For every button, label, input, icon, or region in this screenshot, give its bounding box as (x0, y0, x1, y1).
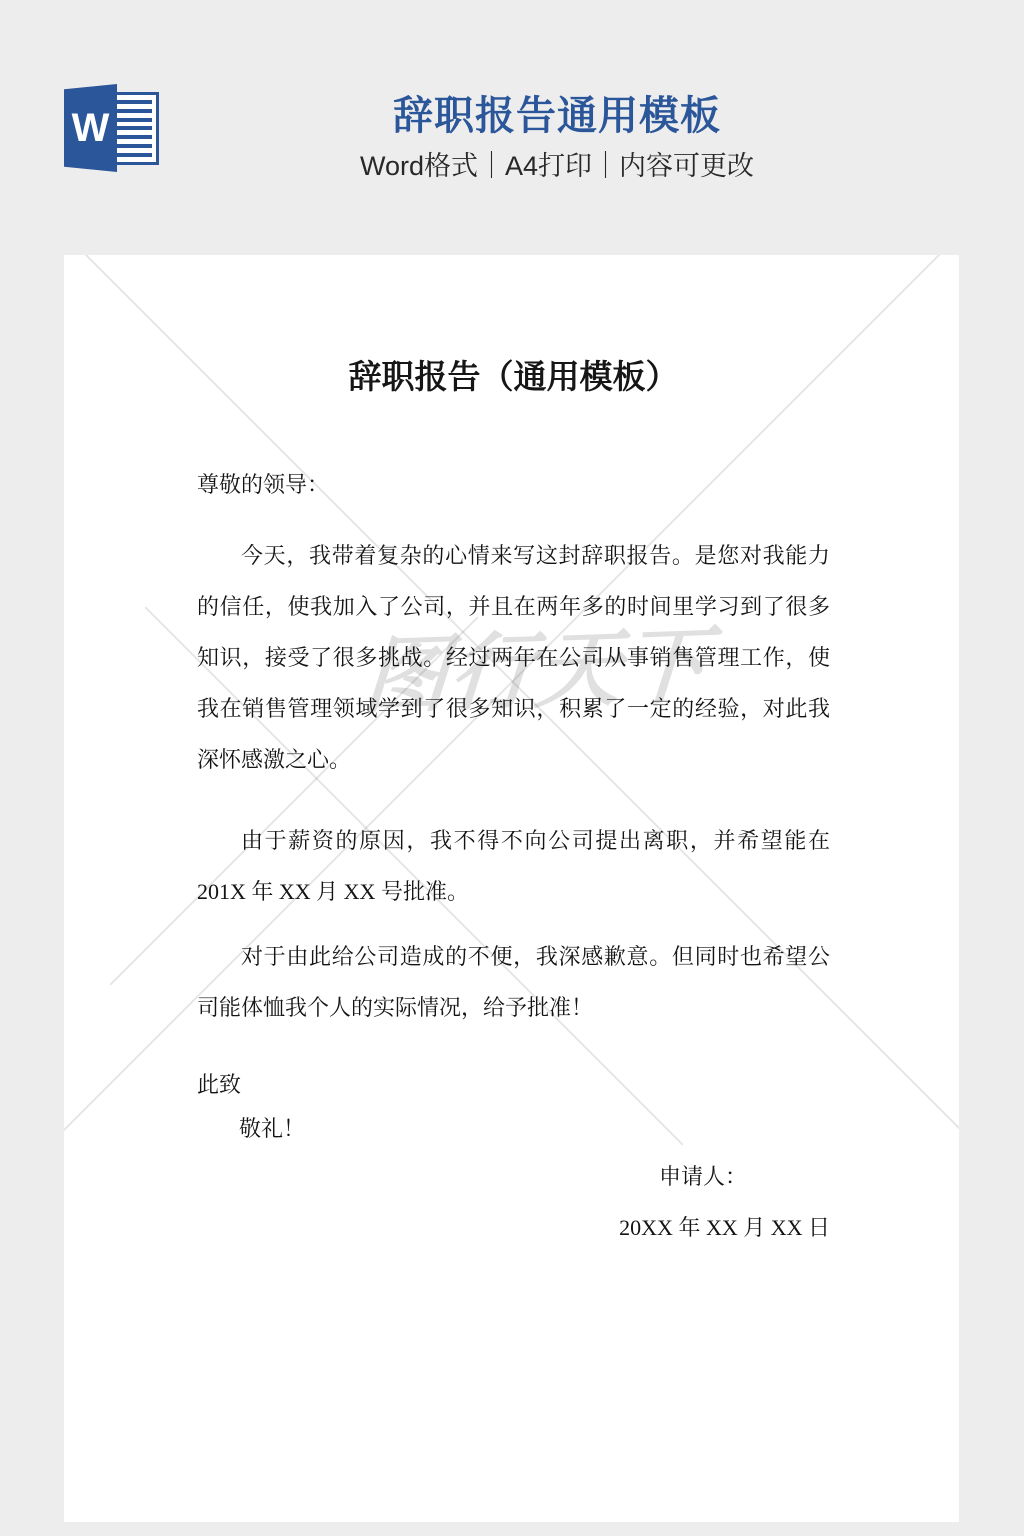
screenshot-stage: W 辞职报告通用模板 Word格式｜A4打印｜内容可更改 图行天下 辞职报告（通… (0, 0, 1024, 1536)
template-title: 辞职报告通用模板 (90, 92, 1024, 140)
letter-content: 辞职报告（通用模板） 尊敬的领导： 今天，我带着复杂的心情来写这封辞职报告。是您… (64, 255, 959, 1253)
letter-closing-cizhi: 此致 (197, 1063, 830, 1107)
letter-salutation: 尊敬的领导： (197, 459, 830, 510)
letter-paragraph: 今天，我带着复杂的心情来写这封辞职报告。是您对我能力的信任，使我加入了公司，并且… (197, 530, 830, 785)
letter-applicant-label: 申请人： (197, 1151, 830, 1202)
letter-title: 辞职报告（通用模板） (197, 355, 830, 399)
document-page: 图行天下 辞职报告（通用模板） 尊敬的领导： 今天，我带着复杂的心情来写这封辞职… (64, 255, 959, 1522)
letter-paragraph: 由于薪资的原因，我不得不向公司提出离职，并希望能在 201X 年 XX 月 XX… (197, 815, 830, 917)
letter-date: 20XX 年 XX 月 XX 日 (197, 1202, 830, 1253)
header: 辞职报告通用模板 Word格式｜A4打印｜内容可更改 (90, 92, 1024, 182)
letter-closing-jingli: 敬礼！ (197, 1107, 830, 1151)
letter-paragraph: 对于由此给公司造成的不便，我深感歉意。但同时也希望公司能体恤我个人的实际情况，给… (197, 931, 830, 1033)
template-subtitle: Word格式｜A4打印｜内容可更改 (90, 150, 1024, 182)
